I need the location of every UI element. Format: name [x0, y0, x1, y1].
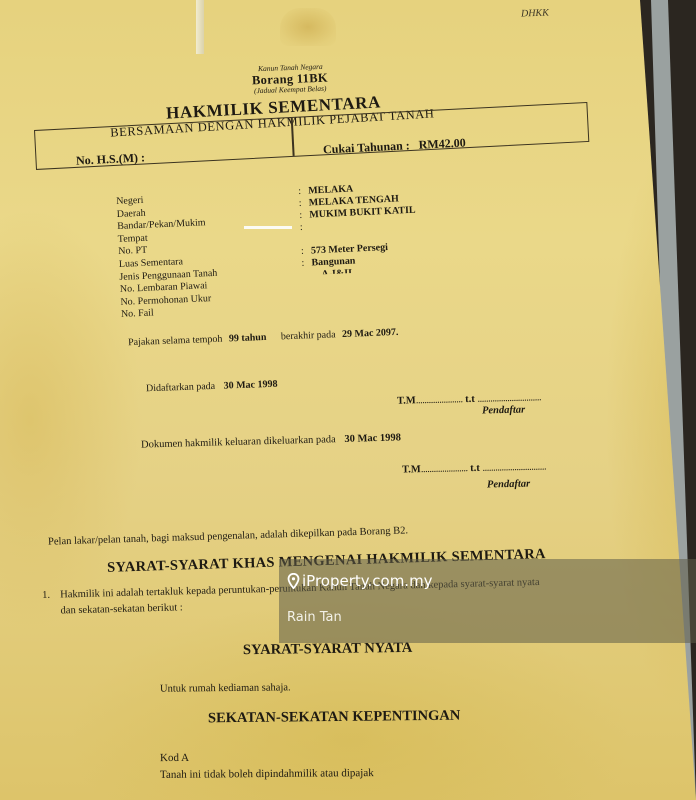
watermark-brand: iProperty.com.my — [287, 572, 433, 590]
location-pin-icon — [287, 573, 300, 589]
coat-of-arms-icon — [280, 8, 336, 46]
issue-date-value: 30 Mac 1998 — [344, 432, 401, 445]
box-divider — [291, 118, 294, 156]
tt-label: t.t — [470, 463, 480, 474]
restriction-text: Tanah ini tidak boleh dipindahmilik atau… — [160, 767, 374, 781]
watermark-agent-name: Rain Tan — [287, 610, 342, 625]
field-value: ... A-I&II — [312, 268, 352, 281]
lease-expiry-value: 29 Mac 2097. — [342, 327, 399, 340]
tm-label: T.M — [397, 395, 416, 406]
lease-middle: berakhir pada — [281, 329, 336, 342]
dots: ...................... — [416, 394, 463, 406]
lease-term-value: 99 tahun — [229, 332, 267, 344]
listing-watermark: iProperty.com.my Rain Tan — [279, 559, 696, 643]
field-value: Bangunan — [311, 255, 355, 268]
clause-number: 1. — [42, 588, 60, 604]
annual-tax-value: RM42.00 — [418, 136, 466, 152]
dots: .............................. — [477, 392, 541, 405]
field-labels: Negeri Daerah Bandar/Pekan/Mukim Tempat … — [116, 192, 219, 322]
tt-label: t.t — [465, 394, 475, 405]
redaction-mark — [244, 226, 292, 229]
paper-tab — [196, 0, 204, 54]
field-values: :MELAKA :MELAKA TENGAH :MUKIM BUKIT KATI… — [298, 181, 419, 282]
dots: ...................... — [421, 463, 468, 475]
registrar-label-1: Pendaftar — [482, 404, 525, 416]
corner-code: DHKK — [521, 8, 549, 20]
watermark-brand-text: iProperty.com.my — [302, 572, 433, 590]
dots: .............................. — [482, 461, 546, 473]
registration-date-value: 30 Mac 1998 — [223, 379, 277, 392]
field-value: MELAKA — [308, 184, 353, 197]
field-value: 573 Meter Persegi — [311, 242, 388, 256]
annual-tax-label: Cukai Tahunan : — [323, 138, 410, 156]
registrar-label-2: Pendaftar — [487, 479, 530, 491]
restrictions-heading: SEKATAN-SEKATAN KEPENTINGAN — [208, 708, 460, 728]
tm-label: T.M — [402, 464, 421, 475]
express-conditions-text: Untuk rumah kediaman sahaja. — [160, 682, 291, 694]
restriction-code: Kod A — [160, 752, 189, 764]
